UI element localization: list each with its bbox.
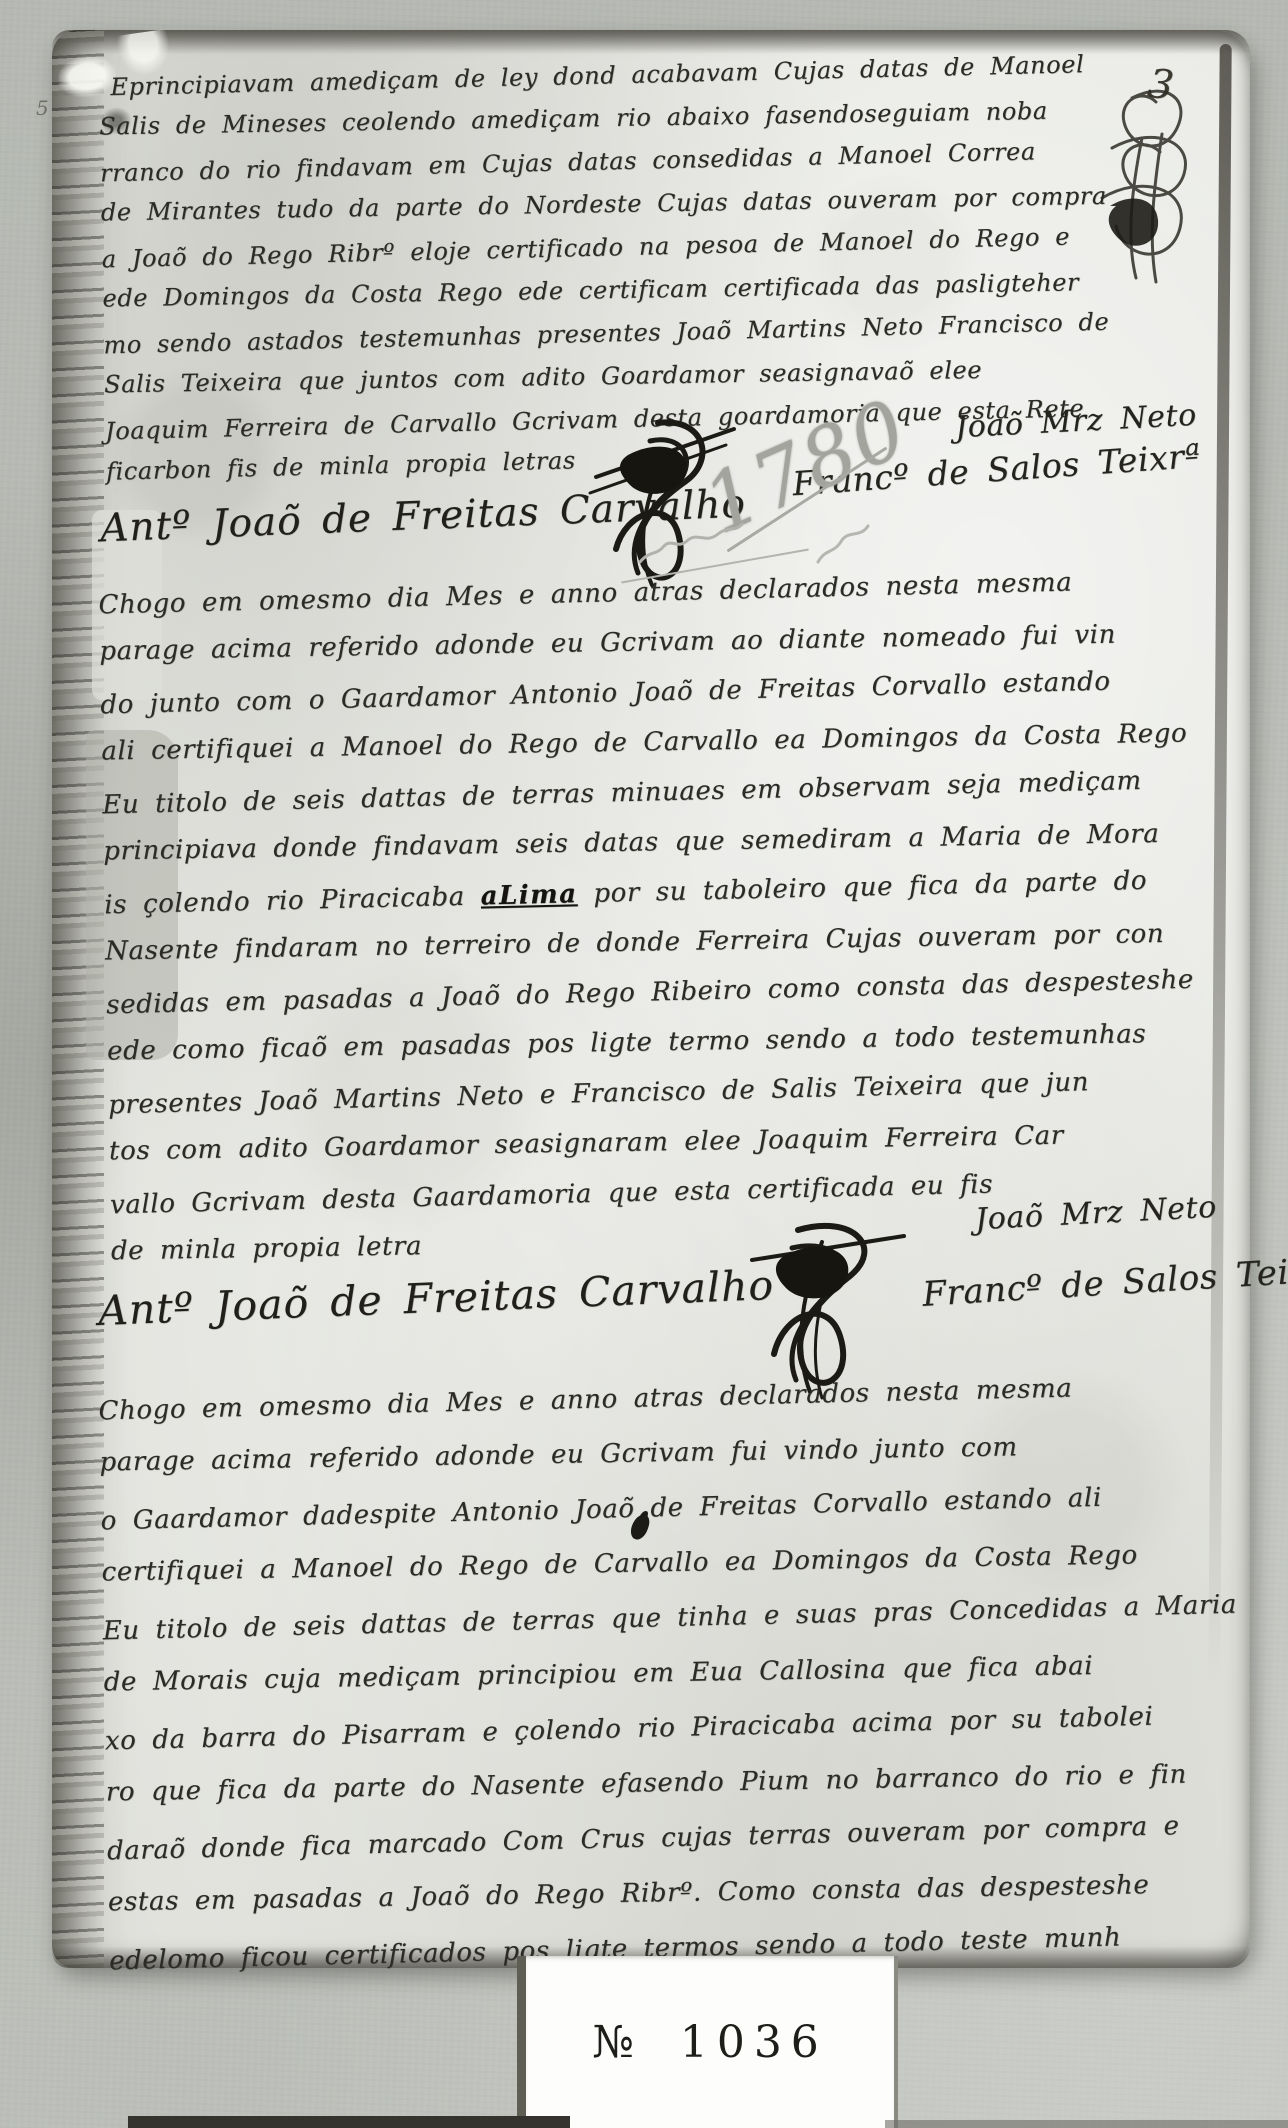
archive-number: 1036 [680,2017,828,2068]
margin-mark: 5 [36,96,49,120]
line-text: por su taboleiro que fica da parte do [577,866,1147,909]
paragraph-2: Chogo em omesmo dia Mes e anno atras dec… [98,557,1229,1278]
scan-bottom-edge [128,2116,570,2128]
document-scan: 3 Eprincipiavam amediçam de ley dond aca… [0,0,1288,2128]
corrected-word: aLima [480,879,578,911]
scan-bottom-edge [885,2120,1288,2128]
paragraph-1: Eprincipiavam amediçam de ley dond acaba… [98,43,1215,451]
line-text: is çolendo rio Piracicaba [104,882,481,921]
numero-symbol: № [592,2017,634,2068]
paragraph-3: Chogo em omesmo dia Mes e anno atras dec… [98,1360,1231,1986]
pencil-scribble [812,520,872,568]
archive-number-label: № 1036 [517,1956,898,2128]
